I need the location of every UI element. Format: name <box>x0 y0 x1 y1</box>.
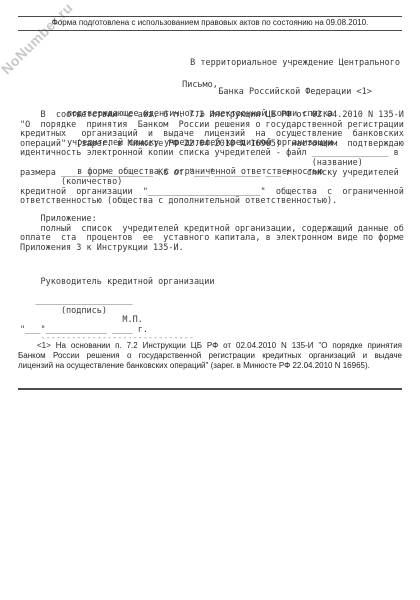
prepared-note-text: Форма подготовлена с использованием прав… <box>52 18 369 27</box>
footnote-block: <1> На основании п. 7.2 Инструкции ЦБ РФ… <box>18 341 402 371</box>
footnote-line-3: лицензий на осуществление банковских опе… <box>18 361 402 371</box>
footnote-line-1: <1> На основании п. 7.2 Инструкции ЦБ РФ… <box>18 341 402 351</box>
bottom-rule <box>18 388 402 390</box>
footnote-line-2: Банком России решения о государственной … <box>18 351 402 361</box>
document-page: NoNumber.ru Форма подготовлена с использ… <box>0 0 420 600</box>
signature-block: Руководитель кредитной организации _____… <box>20 278 214 336</box>
main-paragraph: В соответствии с абз. 6 п. 7.2 Инструкци… <box>20 111 404 207</box>
attachment-block: Приложение: полный список учредителей кр… <box>20 215 404 253</box>
title-line-1: Письмо, <box>20 81 380 91</box>
prepared-note-banner: Форма подготовлена с использованием прав… <box>18 16 402 31</box>
